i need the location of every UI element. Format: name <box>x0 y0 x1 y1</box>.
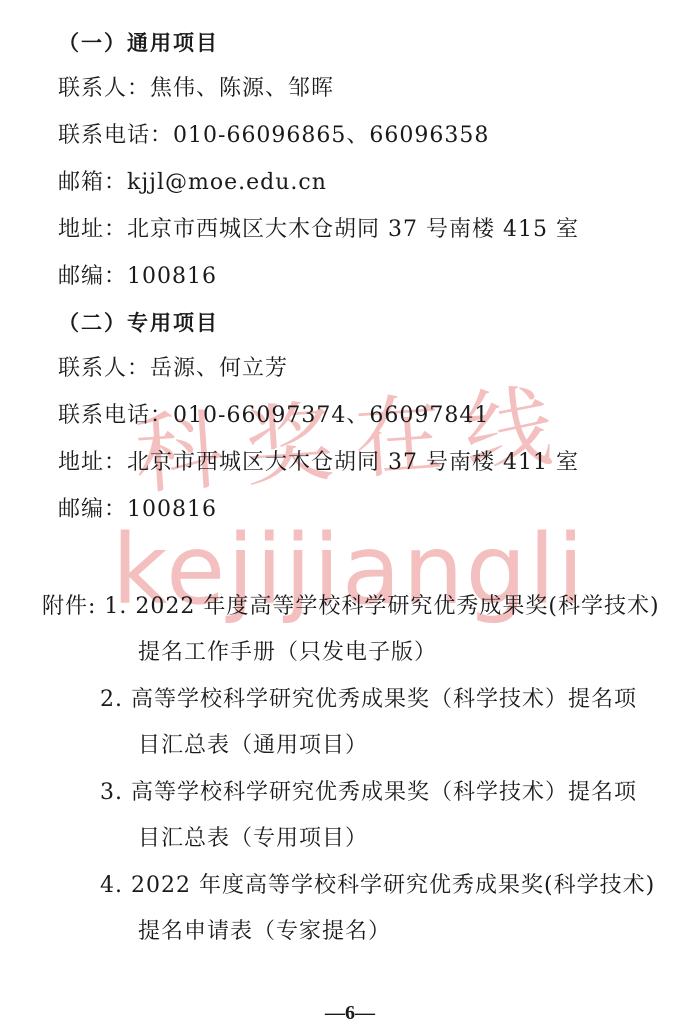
address-label: 地址： <box>58 450 127 475</box>
document-page: 科奖在线 kejijiangli （一）通用项目 联系人：焦伟、陈源、邹晖 联系… <box>0 0 700 1032</box>
attachment-item-4-line2: 提名申请表（专家提名） <box>138 917 391 947</box>
attachment-item-3-line2: 目汇总表（专用项目） <box>138 824 368 854</box>
attachment-item-1-line1: 附件: 1. 2022 年度高等学校科学研究优秀成果奖(科学技术) <box>42 592 660 622</box>
email-label: 邮箱： <box>58 170 127 195</box>
phone-special: 联系电话：010-66097374、66097841 <box>58 401 489 431</box>
attachment-number: 3. <box>100 778 123 808</box>
address-label: 地址： <box>58 217 127 242</box>
contact-value: 岳源、何立芳 <box>150 356 288 381</box>
attachment-number: 2. <box>100 685 123 715</box>
phone-label: 联系电话： <box>58 403 173 428</box>
postcode-value: 100816 <box>127 264 217 289</box>
contact-label: 联系人： <box>58 356 150 381</box>
attachment-item-2-line2: 目汇总表（通用项目） <box>138 731 368 761</box>
contact-persons-general: 联系人：焦伟、陈源、邹晖 <box>58 74 334 104</box>
attachment-title: 高等学校科学研究优秀成果奖（科学技术）提名项 <box>131 780 637 805</box>
attachment-number: 1. <box>104 592 127 622</box>
attachment-item-1-line2: 提名工作手册（只发电子版） <box>138 638 437 668</box>
postcode-general: 邮编：100816 <box>58 262 217 292</box>
email-general: 邮箱：kjjl@moe.edu.cn <box>58 168 327 198</box>
attachment-title: 2022 年度高等学校科学研究优秀成果奖(科学技术) <box>131 873 655 898</box>
attachment-item-4-line1: 4. 2022 年度高等学校科学研究优秀成果奖(科学技术) <box>100 871 655 901</box>
attachment-title: 高等学校科学研究优秀成果奖（科学技术）提名项 <box>131 687 637 712</box>
section-heading-special: （二）专用项目 <box>58 308 219 338</box>
postcode-value: 100816 <box>127 497 217 522</box>
attachment-number: 4. <box>100 871 123 901</box>
phone-label: 联系电话： <box>58 123 173 148</box>
page-number: —6— <box>0 1002 700 1025</box>
phone-general: 联系电话：010-66096865、66096358 <box>58 121 489 151</box>
attachments-prefix: 附件: <box>42 594 96 619</box>
address-general: 地址：北京市西城区大木仓胡同 37 号南楼 415 室 <box>58 215 579 245</box>
phone-value: 010-66097374、66097841 <box>173 403 489 428</box>
contact-label: 联系人： <box>58 76 150 101</box>
attachment-item-2-line1: 2. 高等学校科学研究优秀成果奖（科学技术）提名项 <box>100 685 637 715</box>
address-value: 北京市西城区大木仓胡同 37 号南楼 415 室 <box>127 217 579 242</box>
postcode-label: 邮编： <box>58 497 127 522</box>
attachment-item-3-line1: 3. 高等学校科学研究优秀成果奖（科学技术）提名项 <box>100 778 637 808</box>
address-special: 地址：北京市西城区大木仓胡同 37 号南楼 411 室 <box>58 448 579 478</box>
postcode-label: 邮编： <box>58 264 127 289</box>
address-value: 北京市西城区大木仓胡同 37 号南楼 411 室 <box>127 450 579 475</box>
watermark-chinese: 科奖在线 <box>132 377 578 503</box>
email-value[interactable]: kjjl@moe.edu.cn <box>127 170 327 195</box>
phone-value: 010-66096865、66096358 <box>173 123 489 148</box>
attachment-title: 2022 年度高等学校科学研究优秀成果奖(科学技术) <box>135 594 659 619</box>
contact-persons-special: 联系人：岳源、何立芳 <box>58 354 288 384</box>
contact-value: 焦伟、陈源、邹晖 <box>150 76 334 101</box>
section-heading-general: （一）通用项目 <box>58 28 219 58</box>
postcode-special: 邮编：100816 <box>58 495 217 525</box>
